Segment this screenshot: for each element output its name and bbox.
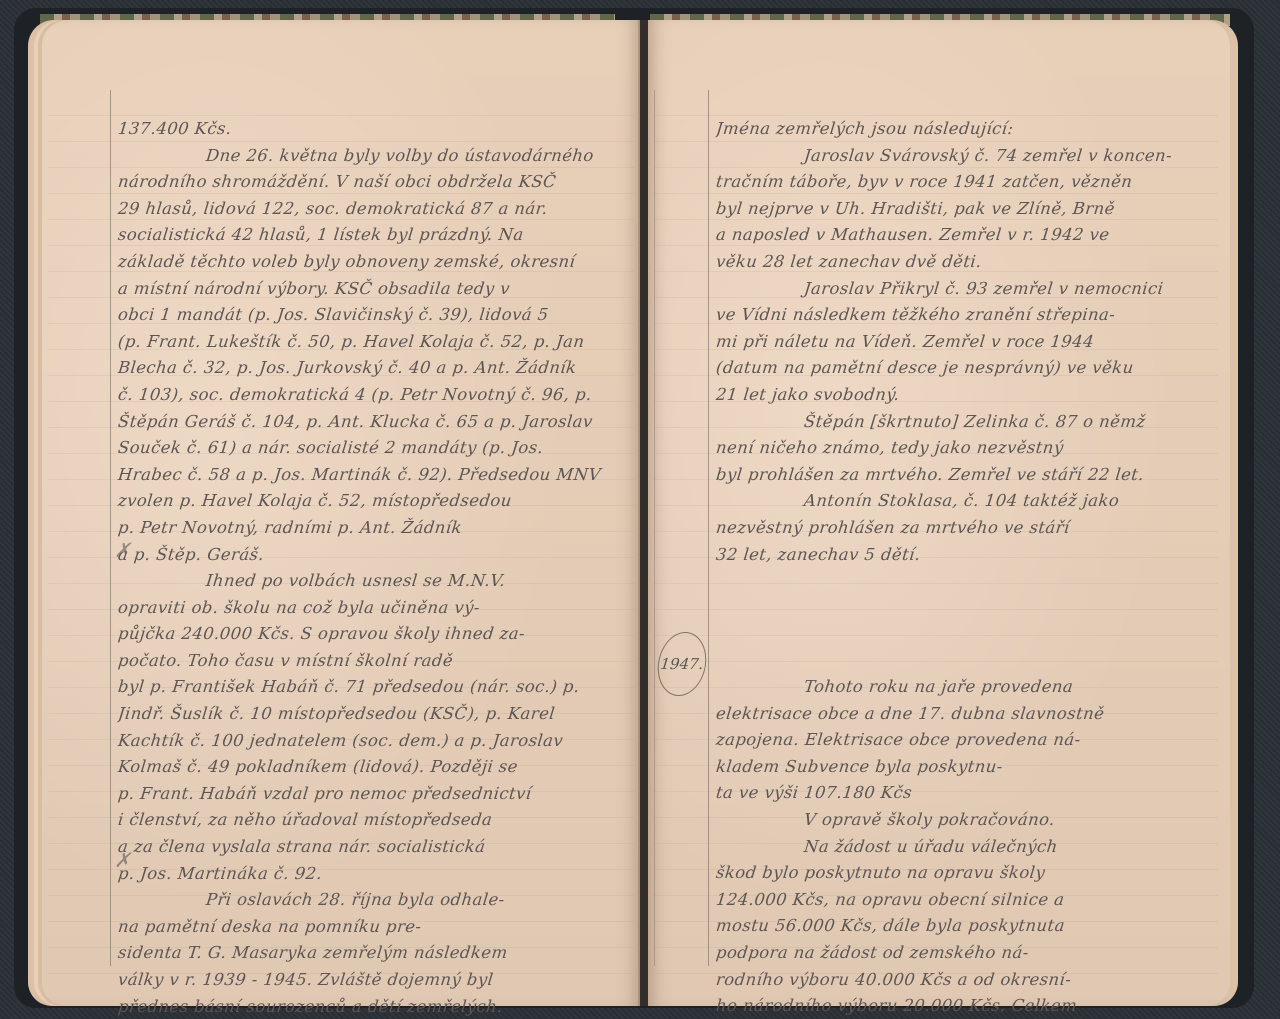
obituary-section: Jména zemřelých jsou následující:Jarosla… <box>716 116 1226 568</box>
right-page: 1947. Jména zemřelých jsou následující:J… <box>648 20 1238 1006</box>
handwritten-line: (datum na pamětní desce je nesprávný) ve… <box>715 355 1228 382</box>
handwritten-line: Blecha č. 32, p. Jos. Jurkovský č. 40 a … <box>117 355 635 382</box>
handwritten-line: podpora na žádost od zemského ná- <box>715 940 1228 967</box>
handwritten-line: Štěpán [škrtnuto] Zelinka č. 87 o němž <box>715 409 1228 436</box>
handwritten-line: války v r. 1939 - 1945. Zvláště dojemný … <box>117 967 635 994</box>
handwritten-line: Antonín Stoklasa, č. 104 taktéž jako <box>715 488 1228 515</box>
handwritten-line: Kolmaš č. 49 pokladníkem (lidová). Pozdě… <box>117 754 635 781</box>
handwritten-line: byl p. František Habáň č. 71 předsedou (… <box>117 674 635 701</box>
handwritten-line: Jména zemřelých jsou následující: <box>715 116 1228 143</box>
outer-margin-line <box>654 90 655 966</box>
handwritten-line: č. 103), soc. demokratická 4 (p. Petr No… <box>117 382 635 409</box>
handwritten-line: věku 28 let zanechav dvě děti. <box>715 249 1228 276</box>
handwritten-line: ta ve výši 107.180 Kčs <box>715 780 1228 807</box>
handwritten-line: Ihned po volbách usnesl se M.N.V. <box>117 568 635 595</box>
handwritten-line: sidenta T. G. Masaryka zemřelým následke… <box>117 940 635 967</box>
handwritten-line: 137.400 Kčs. <box>117 116 635 143</box>
handwritten-line: mostu 56.000 Kčs, dále byla poskytnuta <box>715 913 1228 940</box>
handwritten-line: není ničeho známo, tedy jako nezvěstný <box>715 435 1228 462</box>
handwritten-line: mi při náletu na Vídeň. Zemřel v roce 19… <box>715 329 1228 356</box>
handwritten-line: 124.000 Kčs, na opravu obecní silnice a <box>715 887 1228 914</box>
handwritten-line: i členství, za něho úřadoval místopředse… <box>117 807 635 834</box>
handwritten-line: V opravě školy pokračováno. <box>715 807 1228 834</box>
handwritten-line: a naposled v Mathausen. Zemřel v r. 1942… <box>715 222 1228 249</box>
handwritten-line: na pamětní deska na pomníku pre- <box>117 914 635 941</box>
handwritten-line: 29 hlasů, lidová 122, soc. demokratická … <box>117 196 635 223</box>
handwritten-line: p. Jos. Martináka č. 92. <box>117 861 635 888</box>
margin-line <box>110 90 111 966</box>
handwritten-line: p. Petr Novotný, radními p. Ant. Žádník <box>117 515 635 542</box>
year-1947-section: Tohoto roku na jaře provedenaelektrisace… <box>716 674 1226 1019</box>
handwritten-line: Hrabec č. 58 a p. Jos. Martinák č. 92). … <box>117 462 635 489</box>
handwritten-line: rodního výboru 40.000 Kčs a od okresní- <box>715 967 1228 994</box>
handwritten-line: obci 1 mandát (p. Jos. Slavičinský č. 39… <box>117 302 635 329</box>
handwritten-line: tračním táboře, byv v roce 1941 zatčen, … <box>715 169 1228 196</box>
handwritten-line: půjčka 240.000 Kčs. S opravou školy ihne… <box>117 621 635 648</box>
handwritten-line: národního shromáždění. V naší obci obdrž… <box>117 169 635 196</box>
year-label: 1947. <box>660 655 705 673</box>
handwritten-line: opraviti ob. školu na což byla učiněna v… <box>117 595 635 622</box>
handwritten-line: kladem Subvence byla poskytnu- <box>715 754 1228 781</box>
handwritten-line: a za člena vyslala strana nár. socialist… <box>117 834 635 861</box>
handwritten-line: Souček č. 61) a nár. socialisté 2 mandát… <box>117 435 635 462</box>
left-page: ✗ ✗ 137.400 Kčs.Dne 26. května byly volb… <box>28 20 640 1006</box>
handwritten-line: Při oslavách 28. října byla odhale- <box>117 887 635 914</box>
section-gap <box>716 568 1226 674</box>
handwritten-line: 32 let, zanechav 5 dětí. <box>715 542 1228 569</box>
handwritten-line: elektrisace obce a dne 17. dubna slavnos… <box>715 701 1228 728</box>
margin-line <box>708 90 709 966</box>
handwritten-line: Na žádost u úřadu válečných <box>715 834 1228 861</box>
handwritten-line: škod bylo poskytnuto na opravu školy <box>715 860 1228 887</box>
handwritten-line: Jaroslav Přikryl č. 93 zemřel v nemocnic… <box>715 276 1228 303</box>
handwritten-line: nezvěstný prohlášen za mrtvého ve stáří <box>715 515 1228 542</box>
handwritten-line: (p. Frant. Lukeštík č. 50, p. Havel Kola… <box>117 329 635 356</box>
handwritten-line: p. Frant. Habáň vzdal pro nemoc předsedn… <box>117 781 635 808</box>
handwritten-line: socialistická 42 hlasů, 1 lístek byl prá… <box>117 222 635 249</box>
handwritten-line: ve Vídni následkem těžkého zranění střep… <box>715 302 1228 329</box>
handwritten-line: Jindř. Šuslík č. 10 místopředsedou (KSČ)… <box>117 701 635 728</box>
handwritten-line: zvolen p. Havel Kolaja č. 52, místopředs… <box>117 488 635 515</box>
handwritten-line: 21 let jako svobodný. <box>715 382 1228 409</box>
handwritten-line: základě těchto voleb byly obnoveny zemsk… <box>117 249 635 276</box>
left-page-text: 137.400 Kčs.Dne 26. května byly volby do… <box>118 116 633 1019</box>
handwritten-line: byl nejprve v Uh. Hradišti, pak ve Zlíně… <box>715 196 1228 223</box>
handwritten-line: počato. Toho času v místní školní radě <box>117 648 635 675</box>
handwritten-line: Kachtík č. 100 jednatelem (soc. dem.) a … <box>117 728 635 755</box>
handwritten-line: ho národního výboru 20.000 Kčs. Celkem <box>715 993 1228 1019</box>
handwritten-line: Dne 26. května byly volby do ústavodárné… <box>117 143 635 170</box>
handwritten-line: Štěpán Geráš č. 104, p. Ant. Klucka č. 6… <box>117 409 635 436</box>
handwritten-line: Jaroslav Svárovský č. 74 zemřel v koncen… <box>715 143 1228 170</box>
handwritten-line: přednes básní sourozenců a dětí zemřelýc… <box>117 994 635 1019</box>
right-page-text: Jména zemřelých jsou následující:Jarosla… <box>716 116 1226 1019</box>
handwritten-line: a p. Štěp. Geráš. <box>117 542 635 569</box>
handwritten-line: byl prohlášen za mrtvého. Zemřel ve stář… <box>715 462 1228 489</box>
handwritten-line: zapojena. Elektrisace obce provedena ná- <box>715 727 1228 754</box>
handwritten-line: Tohoto roku na jaře provedena <box>715 674 1228 701</box>
handwritten-line: a místní národní výbory. KSČ obsadila te… <box>117 276 635 303</box>
